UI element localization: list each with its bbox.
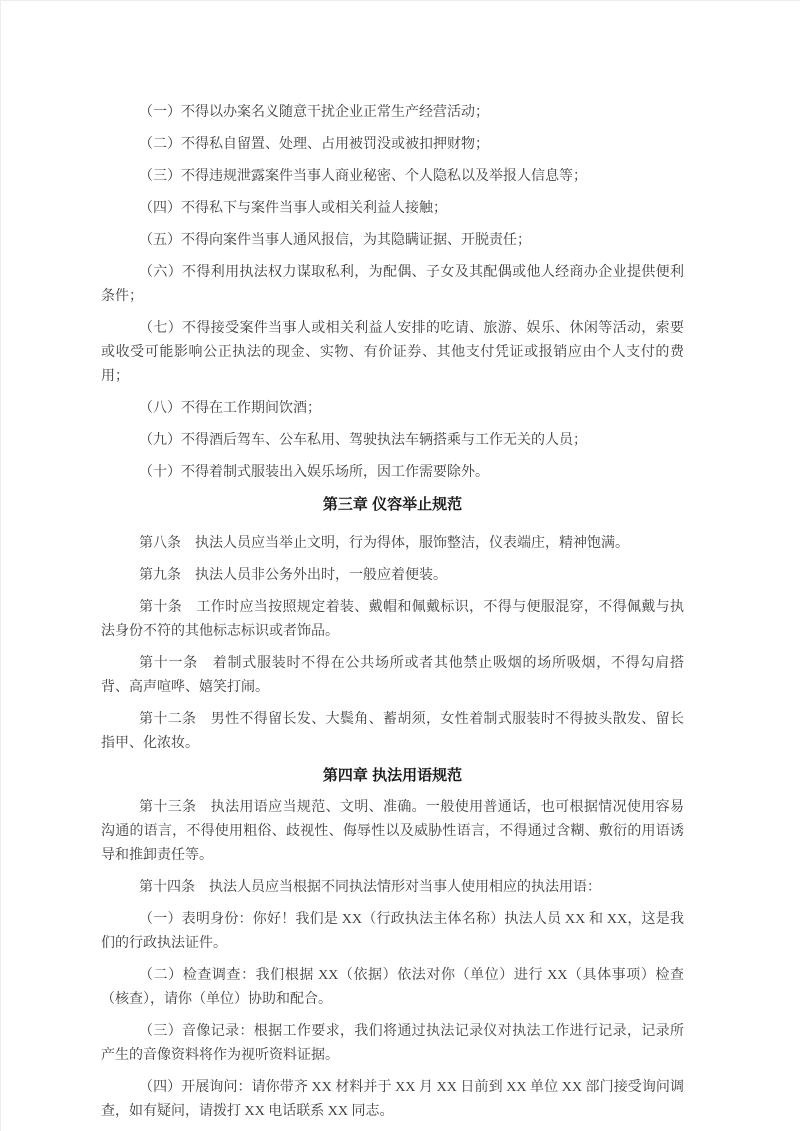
usage-phrase-1: （一）表明身份：你好！我们是 XX（行政执法主体名称）执法人员 XX 和 XX，… (101, 908, 684, 956)
usage-phrase-2: （二）检查调查：我们根据 XX（依据）依法对你（单位）进行 XX（具体事项）检查… (101, 964, 684, 1012)
prohibition-clause-10: （十）不得着制式服装出入娱乐场所，因工作需要除外。 (101, 461, 684, 485)
chapter-4-heading: 第四章 执法用语规范 (101, 764, 684, 788)
article-13: 第十三条 执法用语应当规范、文明、准确。一般使用普通话，也可根据情况使用容易沟通… (101, 796, 684, 868)
prohibition-clause-1: （一）不得以办案名义随意干扰企业正常生产经营活动； (101, 101, 684, 125)
prohibition-clause-5: （五）不得向案件当事人通风报信，为其隐瞒证据、开脱责任； (101, 229, 684, 253)
prohibition-clause-4: （四）不得私下与案件当事人或相关利益人接触； (101, 197, 684, 221)
chapter-3-heading: 第三章 仪容举止规范 (101, 493, 684, 517)
article-9: 第九条 执法人员非公务外出时，一般应着便装。 (101, 564, 684, 588)
article-14: 第十四条 执法人员应当根据不同执法情形对当事人使用相应的执法用语： (101, 876, 684, 900)
usage-phrase-3: （三）音像记录：根据工作要求，我们将通过执法记录仪对执法工作进行记录，记录所产生… (101, 1020, 684, 1068)
usage-phrase-4: （四）开展询问：请你带齐 XX 材料并于 XX 月 XX 日前到 XX 单位 X… (101, 1076, 684, 1124)
article-12: 第十二条 男性不得留长发、大鬓角、蓄胡须，女性着制式服装时不得披头散发、留长指甲… (101, 708, 684, 756)
prohibition-clause-9: （九）不得酒后驾车、公车私用、驾驶执法车辆搭乘与工作无关的人员； (101, 429, 684, 453)
document-page: （一）不得以办案名义随意干扰企业正常生产经营活动； （二）不得私自留置、处理、占… (1, 1, 800, 1131)
document-canvas: { "page": { "background": "#ffffff", "bo… (0, 0, 800, 1131)
prohibition-clause-6: （六）不得利用执法权力谋取私利，为配偶、子女及其配偶或他人经商办企业提供便利条件… (101, 261, 684, 309)
prohibition-clause-3: （三）不得违规泄露案件当事人商业秘密、个人隐私以及举报人信息等； (101, 165, 684, 189)
article-11: 第十一条 着制式服装时不得在公共场所或者其他禁止吸烟的场所吸烟，不得勾肩搭背、高… (101, 652, 684, 700)
prohibition-clause-2: （二）不得私自留置、处理、占用被罚没或被扣押财物； (101, 133, 684, 157)
prohibition-clause-8: （八）不得在工作期间饮酒； (101, 397, 684, 421)
article-10: 第十条 工作时应当按照规定着装、戴帽和佩戴标识，不得与便服混穿，不得佩戴与执法身… (101, 596, 684, 644)
article-8: 第八条 执法人员应当举止文明，行为得体，服饰整洁，仪表端庄，精神饱满。 (101, 532, 684, 556)
prohibition-clause-7: （七）不得接受案件当事人或相关利益人安排的吃请、旅游、娱乐、休闲等活动，索要或收… (101, 317, 684, 389)
